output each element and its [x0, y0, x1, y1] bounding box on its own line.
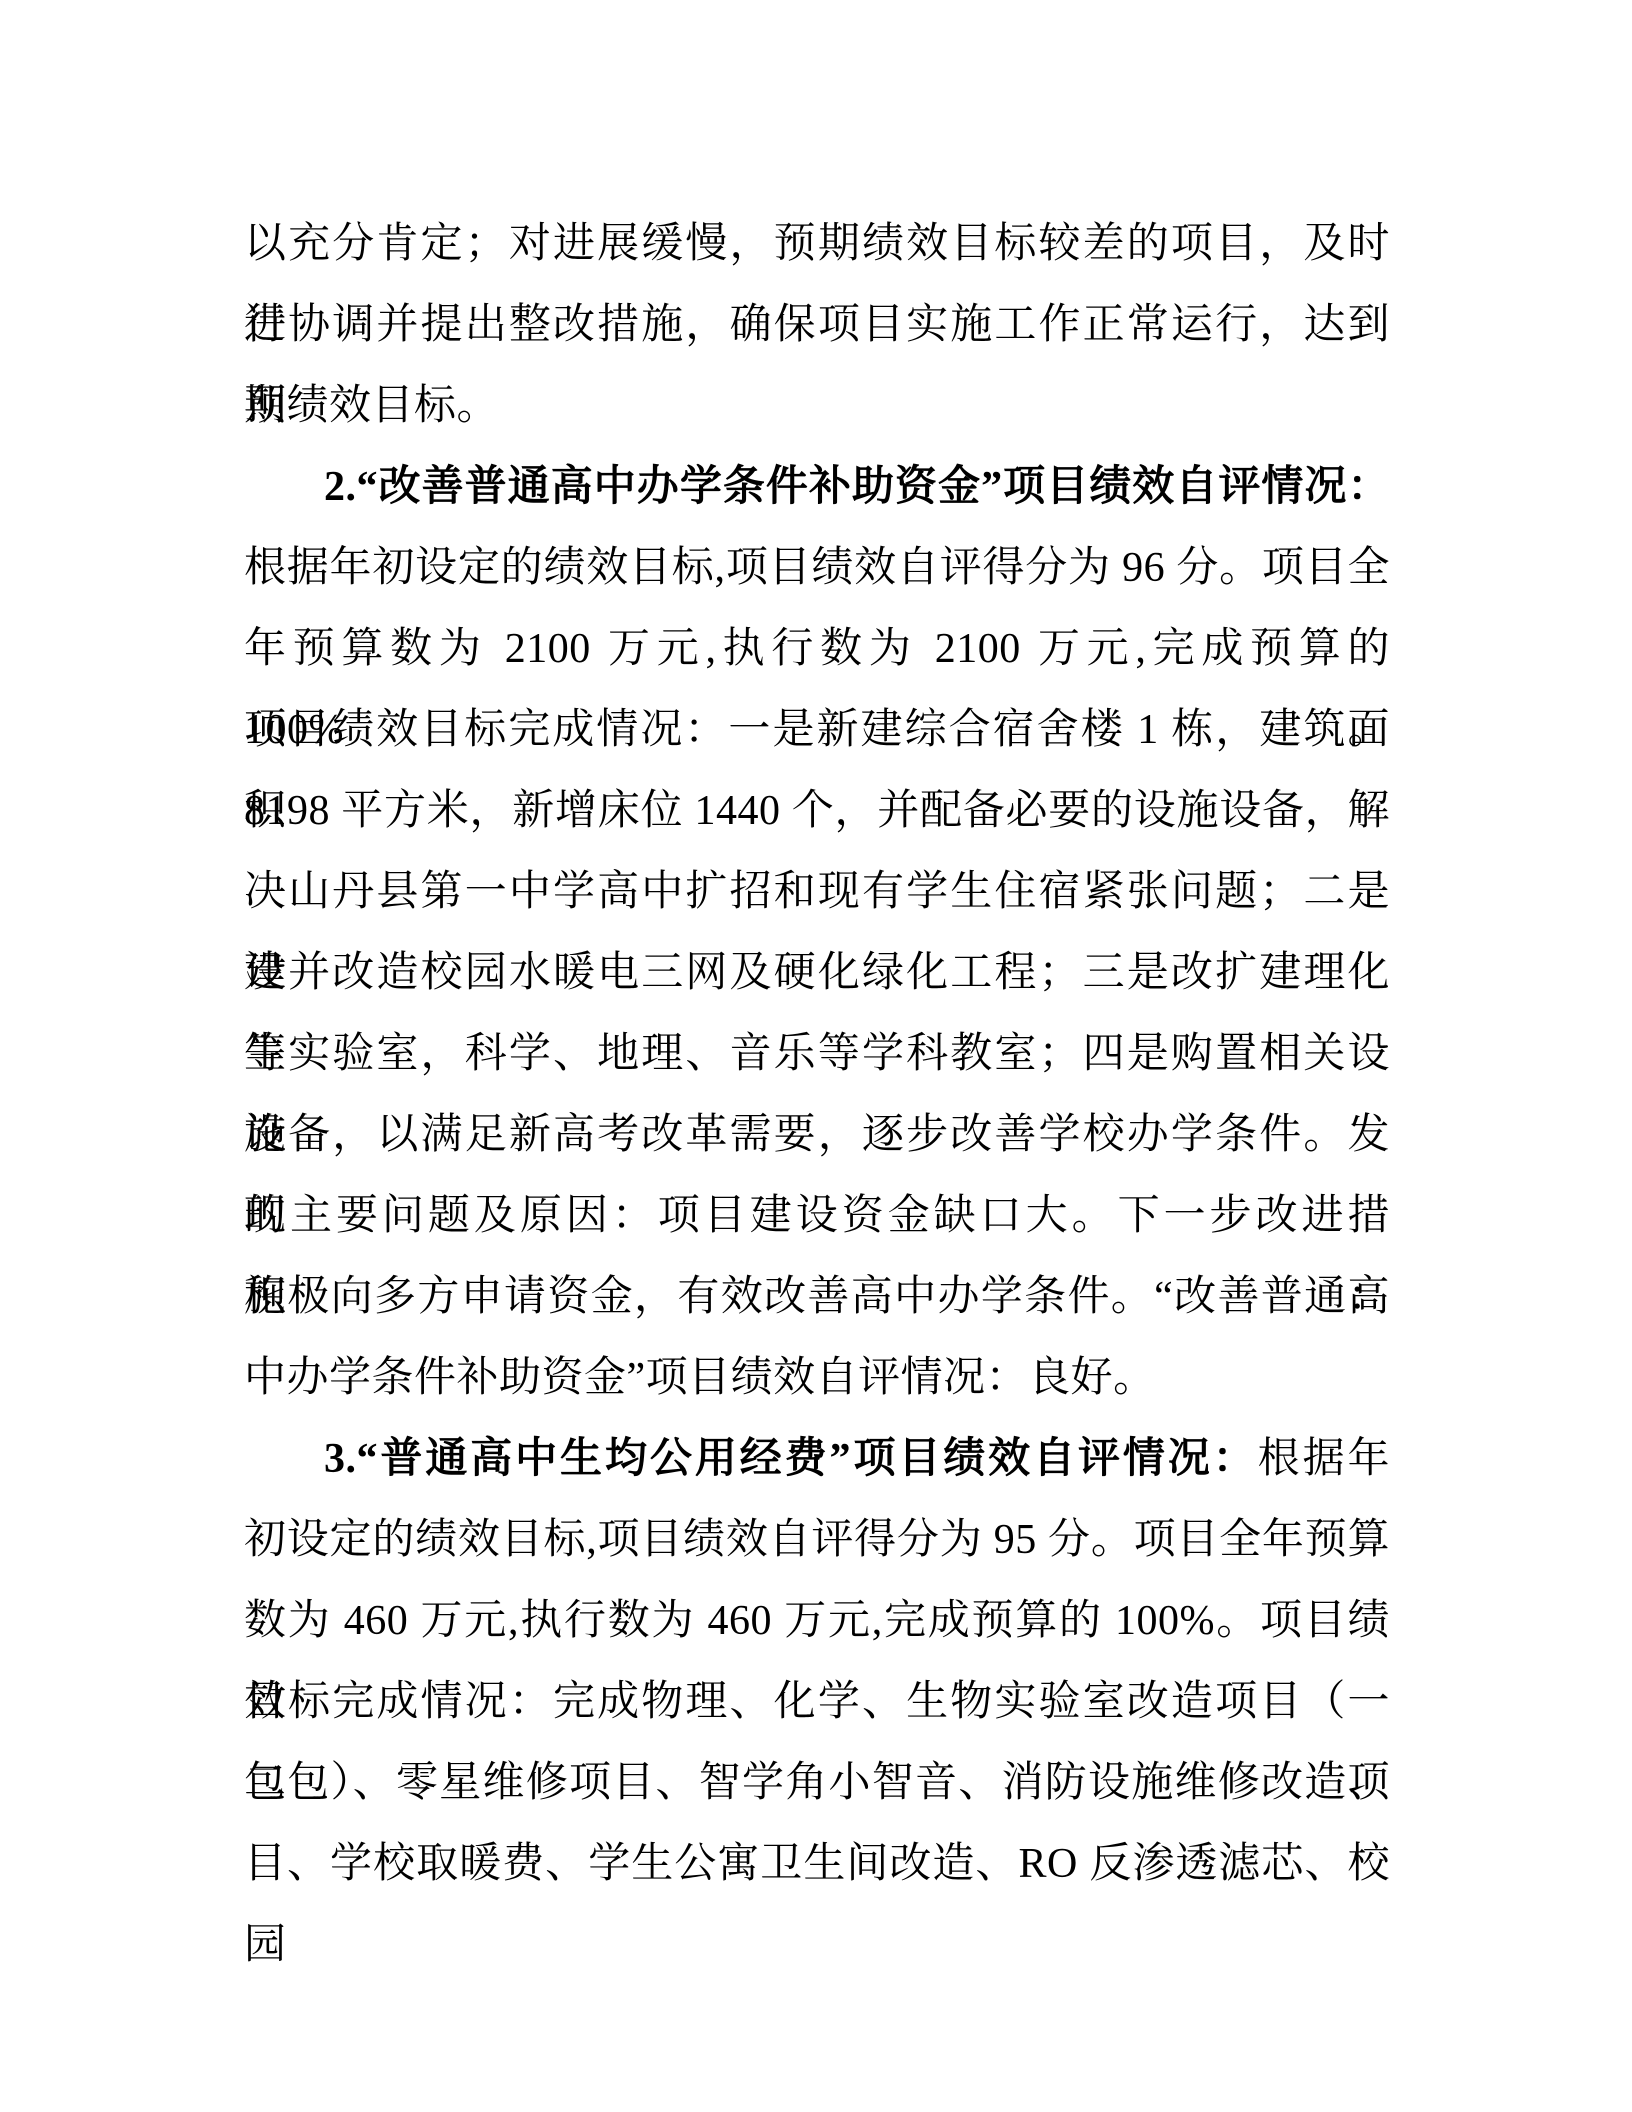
text-line: 根据年初设定的绩效目标,项目绩效自评得分为 96 分。项目全 — [244, 528, 1390, 609]
heading-line: 2.“改善普通高中办学条件补助资金”项目绩效自评情况： — [244, 447, 1390, 528]
paragraph-section-2: 2.“改善普通高中办学条件补助资金”项目绩效自评情况：根据年初设定的绩效目标,项… — [244, 447, 1390, 1419]
text-line: 以充分肯定；对进展缓慢，预期绩效目标较差的项目，及时进 — [244, 204, 1390, 285]
text-line: 的主要问题及原因：项目建设资金缺口大。下一步改进措施： — [244, 1176, 1390, 1257]
text-line: 目、学校取暖费、学生公寓卫生间改造、RO 反渗透滤芯、校园 — [244, 1824, 1390, 1905]
text-segment: 期绩效目标。 — [244, 383, 499, 429]
text-line: 初设定的绩效目标,项目绩效自评得分为 95 分。项目全年预算 — [244, 1500, 1390, 1581]
text-segment: 积极向多方申请资金，有效改善高中办学条件。“改善普通高 — [244, 1274, 1390, 1320]
text-segment: 8198 平方米，新增床位 1440 个，并配备必要的设施设备，解 — [244, 788, 1390, 834]
heading-line: 3.“普通高中生均公用经费”项目绩效自评情况：根据年 — [244, 1419, 1390, 1500]
document-page: 以充分肯定；对进展缓慢，预期绩效目标较差的项目，及时进行协调并提出整改措施，确保… — [0, 0, 1632, 2112]
bold-text-segment: 3.“普通高中生均公用经费”项目绩效自评情况： — [324, 1436, 1258, 1482]
text-line: 项目绩效目标完成情况：一是新建综合宿舍楼 1 栋，建筑面积 — [244, 690, 1390, 771]
text-segment: 二包）、零星维修项目、智学角小智音、消防设施维修改造项 — [244, 1760, 1390, 1806]
text-line: 年预算数为 2100 万元,执行数为 2100 万元,完成预算的 100%。 — [244, 609, 1390, 690]
text-line: 中办学条件补助资金”项目绩效自评情况：良好。 — [244, 1338, 1390, 1419]
document-body: 以充分肯定；对进展缓慢，预期绩效目标较差的项目，及时进行协调并提出整改措施，确保… — [244, 204, 1390, 1905]
text-line: 8198 平方米，新增床位 1440 个，并配备必要的设施设备，解 — [244, 771, 1390, 852]
text-segment: 根据年初设定的绩效目标,项目绩效自评得分为 96 分。项目全 — [244, 545, 1390, 591]
text-segment: 初设定的绩效目标,项目绩效自评得分为 95 分。项目全年预算 — [244, 1517, 1390, 1563]
text-line: 行协调并提出整改措施，确保项目实施工作正常运行，达到预 — [244, 285, 1390, 366]
text-line: 期绩效目标。 — [244, 366, 1390, 447]
paragraph-continuation: 以充分肯定；对进展缓慢，预期绩效目标较差的项目，及时进行协调并提出整改措施，确保… — [244, 204, 1390, 447]
bold-text-segment: 2.“改善普通高中办学条件补助资金”项目绩效自评情况： — [324, 464, 1390, 510]
text-segment: 中办学条件补助资金”项目绩效自评情况：良好。 — [244, 1355, 1156, 1401]
text-line: 决山丹县第一中学高中扩招和现有学生住宿紧张问题；二是建 — [244, 852, 1390, 933]
text-line: 等实验室，科学、地理、音乐等学科教室；四是购置相关设施 — [244, 1014, 1390, 1095]
text-line: 数为 460 万元,执行数为 460 万元,完成预算的 100%。项目绩效 — [244, 1581, 1390, 1662]
text-segment: 根据年 — [1258, 1436, 1390, 1482]
text-segment: 目、学校取暖费、学生公寓卫生间改造、RO 反渗透滤芯、校园 — [244, 1841, 1390, 1968]
text-line: 设并改造校园水暖电三网及硬化绿化工程；三是改扩建理化生 — [244, 933, 1390, 1014]
text-line: 二包）、零星维修项目、智学角小智音、消防设施维修改造项 — [244, 1743, 1390, 1824]
text-line: 设备，以满足新高考改革需要，逐步改善学校办学条件。发现 — [244, 1095, 1390, 1176]
text-line: 积极向多方申请资金，有效改善高中办学条件。“改善普通高 — [244, 1257, 1390, 1338]
text-line: 目标完成情况：完成物理、化学、生物实验室改造项目（一包、 — [244, 1662, 1390, 1743]
paragraph-section-3: 3.“普通高中生均公用经费”项目绩效自评情况：根据年初设定的绩效目标,项目绩效自… — [244, 1419, 1390, 1905]
